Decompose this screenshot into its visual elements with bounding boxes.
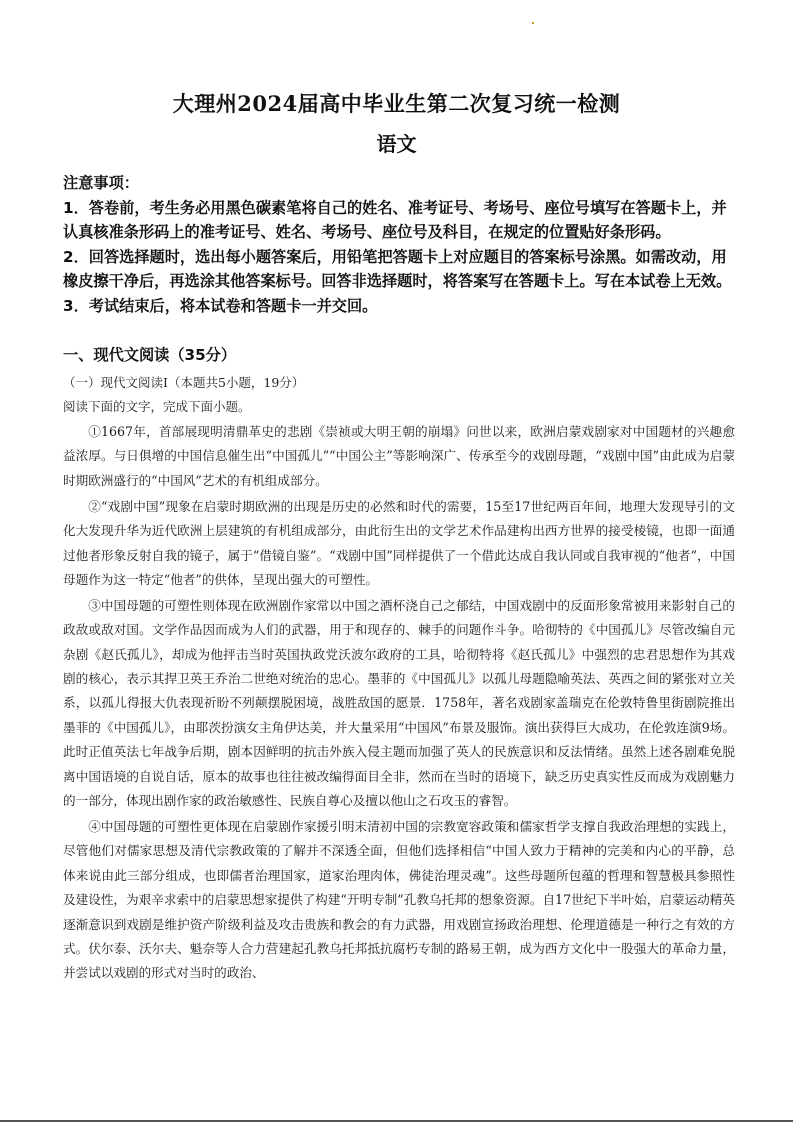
passage-paragraph-2: ②“戏剧中国”现象在启蒙时期欧洲的出现是历史的必然和时代的需要，15至17世纪两…: [63, 495, 735, 593]
subsection-heading: （一）现代文阅读Ⅰ（本题共5小题，19分）: [63, 373, 304, 393]
passage-paragraph-3: ③中国母题的可塑性则体现在欧洲剧作家常以中国之酒杯浇自己之郁结，中国戏剧中的反面…: [63, 594, 735, 814]
passage-paragraph-4: ④中国母题的可塑性更体现在启蒙剧作家援引明末清初中国的宗教宽容政策和儒家哲学支撑…: [63, 815, 735, 986]
exam-notes: 注意事项： 1．答卷前，考生务必用黑色碳素笔将自己的姓名、准考证号、考场号、座位…: [63, 171, 733, 319]
passage-paragraph-1: ①1667年，首部展现明清鼎革史的悲剧《崇祯或大明王朝的崩塌》问世以来，欧洲启蒙…: [63, 420, 735, 493]
scan-dot-mark: [532, 22, 534, 24]
notes-item-3: 3．考试结束后，将本试卷和答题卡一并交回。: [63, 294, 733, 319]
reading-instruction: 阅读下面的文字，完成下面小题。: [63, 397, 251, 417]
document-subject: 语文: [0, 130, 793, 158]
section-heading: 一、现代文阅读（35分）: [63, 343, 236, 367]
notes-item-1: 1．答卷前，考生务必用黑色碳素笔将自己的姓名、准考证号、考场号、座位号填写在答题…: [63, 196, 733, 245]
notes-heading: 注意事项：: [63, 171, 733, 196]
document-title: 大理州2024届高中毕业生第二次复习统一检测: [0, 90, 793, 118]
notes-item-2: 2．回答选择题时，选出每小题答案后，用铅笔把答题卡上对应题目的答案标号涂黑。如需…: [63, 245, 733, 294]
reading-passage: ①1667年，首部展现明清鼎革史的悲剧《崇祯或大明王朝的崩塌》问世以来，欧洲启蒙…: [63, 420, 735, 987]
